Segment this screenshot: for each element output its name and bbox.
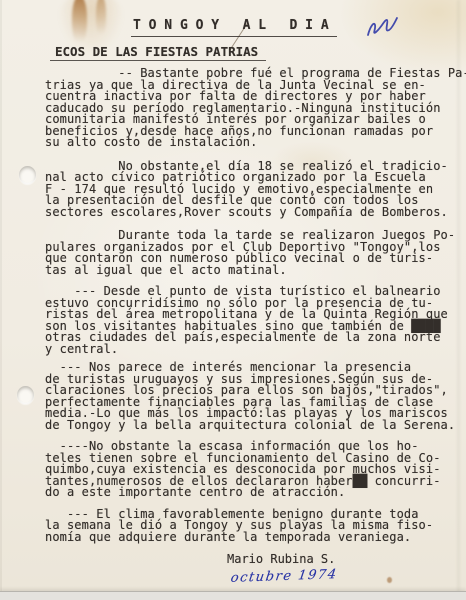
paper-edge-crease bbox=[457, 0, 460, 600]
paragraph: No obstante,el día 18 se realizó el trad… bbox=[45, 161, 459, 219]
text-line: sectores escolares,Rover scouts y Compañ… bbox=[45, 207, 459, 219]
pen-check-scribble bbox=[364, 11, 408, 43]
typewritten-document-page: T O N G O Y A L D I A ECOS DE LAS FIESTA… bbox=[0, 0, 466, 600]
document-subtitle: ECOS DE LAS FIESTAS PATRIAS bbox=[50, 45, 266, 61]
scan-edge-bottom bbox=[0, 591, 466, 600]
paragraph: Durante toda la tarde se realizaron Jueg… bbox=[45, 230, 459, 276]
document-body: -- Bastante pobre fué el programa de Fie… bbox=[45, 68, 459, 543]
text-line: nomía que adquiere durante la temporada … bbox=[45, 532, 459, 544]
paragraph: --- Desde el punto de vista turístico el… bbox=[45, 286, 459, 355]
paragraph: --- Nos parece de interés mencionar la p… bbox=[45, 362, 459, 431]
punch-hole bbox=[17, 386, 34, 404]
ink-speck bbox=[387, 577, 392, 583]
rust-stain-streak bbox=[72, 0, 87, 44]
document-title: T O N G O Y A L D I A bbox=[131, 19, 337, 37]
rust-stain-streak bbox=[96, 0, 106, 36]
text-line: de Tongoy y la bella arquitectura coloni… bbox=[45, 420, 459, 432]
text-line: do a este importante centro de atracción… bbox=[45, 487, 459, 499]
paragraph: ----No obstante la escasa información qu… bbox=[45, 441, 459, 499]
handwritten-date: octubre 1974 bbox=[230, 567, 339, 586]
paper-edge-left bbox=[0, 0, 2, 600]
text-line: y central. bbox=[45, 344, 459, 356]
paragraph: --- El clima favorablemente benigno dura… bbox=[45, 509, 459, 544]
author-signature: Mario Rubina S. bbox=[227, 553, 335, 566]
punch-hole bbox=[19, 166, 36, 184]
paragraph: -- Bastante pobre fué el programa de Fie… bbox=[45, 68, 459, 149]
text-line: tas al igual que el acto matinal. bbox=[45, 265, 459, 277]
text-line: su alto costo de instalación. bbox=[45, 137, 459, 149]
